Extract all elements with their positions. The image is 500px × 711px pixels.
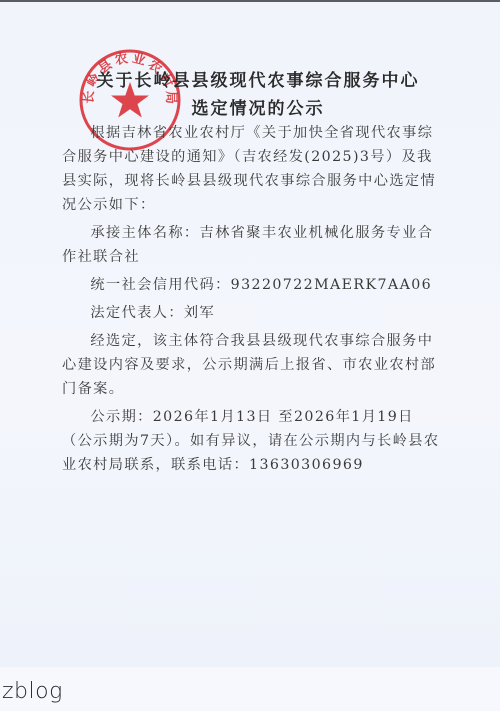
paragraph-publicity-period: 公示期：2026年1月13日 至2026年1月19日（公示期为7天）。如有异议，… <box>62 405 444 477</box>
paragraph-legal-representative: 法定代表人：刘军 <box>62 301 444 325</box>
document-title-line1: 关于长岭县县级现代农事综合服务中心 <box>0 66 500 91</box>
footer-band <box>0 667 500 711</box>
paragraph-selection-result: 经选定，该主体符合我县县级现代农事综合服务中心建设内容及要求，公示期满后上报省、… <box>62 329 444 401</box>
paragraph-intro: 根据吉林省农业农村厅《关于加快全省现代农事综合服务中心建设的通知》（吉农经发(2… <box>62 121 444 217</box>
paragraph-entity-name: 承接主体名称：吉林省聚丰农业机械化服务专业合作社联合社 <box>62 221 444 269</box>
watermark-text: zblog <box>2 679 63 704</box>
document-title-line2: 选定情况的公示 <box>0 94 500 119</box>
paragraph-credit-code: 统一社会信用代码：93220722MAERK7AA06 <box>62 273 444 297</box>
document-body: 根据吉林省农业农村厅《关于加快全省现代农事综合服务中心建设的通知》（吉农经发(2… <box>62 121 444 477</box>
